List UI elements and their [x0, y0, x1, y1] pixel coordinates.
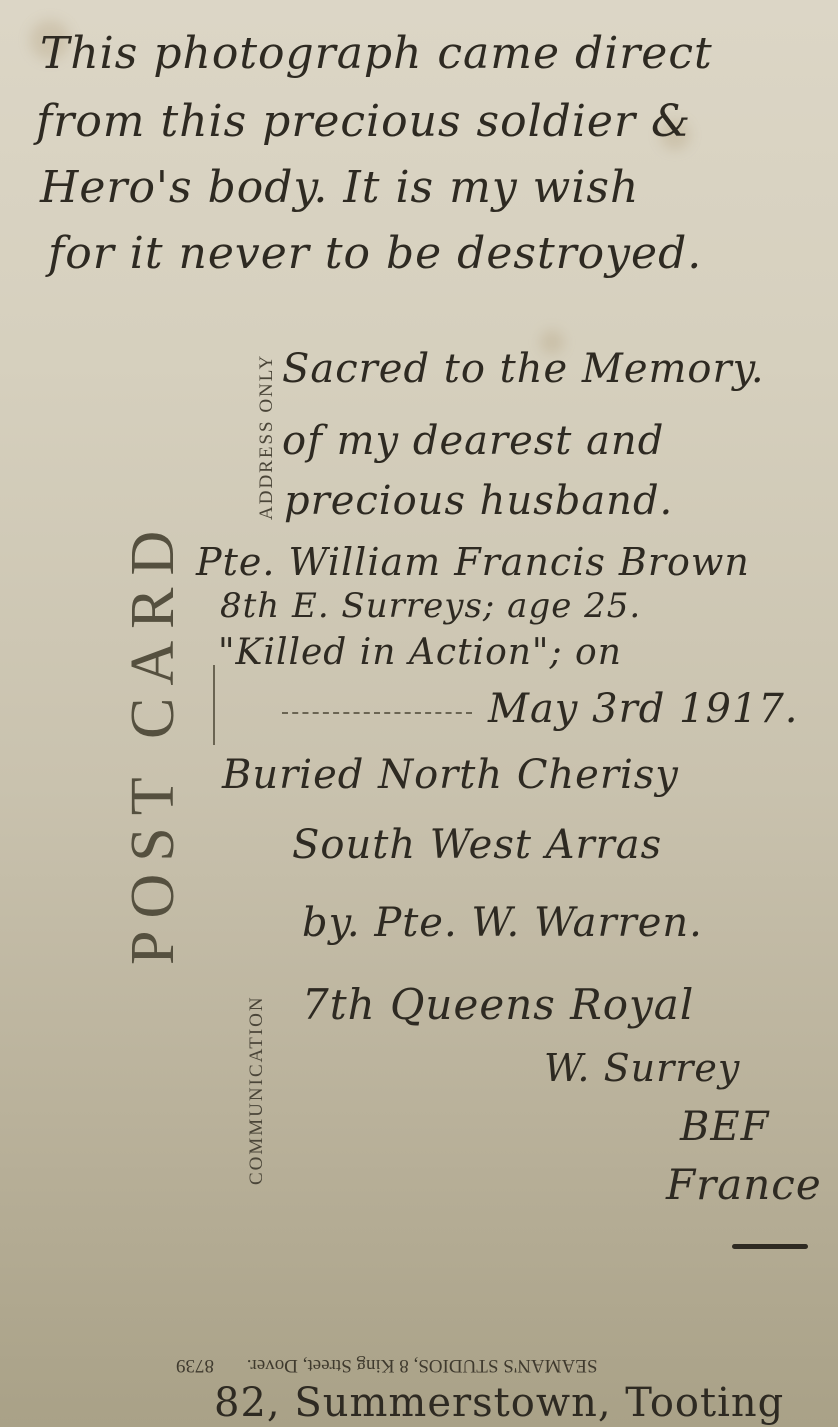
message-line-2: from this precious soldier & — [36, 96, 691, 147]
burial-line-7: France — [666, 1160, 822, 1209]
unit-and-age: 8th E. Surreys; age 25. — [220, 586, 641, 626]
burial-line-5: W. Surrey — [544, 1046, 740, 1090]
burial-line-1: Buried North Cherisy — [222, 752, 679, 798]
imprint-text: SEAMAN'S STUDIOS, 8 King Street, Dover. — [247, 1355, 598, 1376]
communication-label: COMMUNICATION — [246, 995, 268, 1185]
address-only-label: ADDRESS ONLY — [256, 354, 278, 520]
underline-mark — [732, 1244, 808, 1249]
studio-imprint: SEAMAN'S STUDIOS, 8 King Street, Dover. … — [176, 1354, 597, 1376]
postcard: This photograph came direct from this pr… — [0, 0, 838, 1427]
soldier-name: Pte. William Francis Brown — [196, 540, 750, 584]
message-line-1: This photograph came direct — [40, 28, 713, 79]
address-line: 82, Summerstown, Tooting — [214, 1380, 784, 1426]
post-card-heading: POST CARD — [118, 519, 189, 965]
vertical-divider — [213, 665, 215, 745]
memorial-line-3: precious husband. — [284, 478, 673, 524]
message-line-3: Hero's body. It is my wish — [40, 162, 639, 213]
burial-line-3: by. Pte. W. Warren. — [302, 900, 703, 946]
dash-line — [282, 712, 472, 715]
imprint-number: 8739 — [176, 1355, 214, 1376]
memorial-line-1: Sacred to the Memory. — [282, 346, 765, 392]
burial-line-2: South West Arras — [292, 822, 662, 868]
memorial-line-2: of my dearest and — [282, 418, 664, 464]
burial-line-6: BEF — [680, 1104, 769, 1150]
death-date: May 3rd 1917. — [488, 686, 799, 732]
burial-line-4: 7th Queens Royal — [302, 980, 694, 1029]
killed-in-action: "Killed in Action"; on — [218, 632, 622, 673]
message-line-4: for it never to be destroyed. — [48, 228, 702, 279]
